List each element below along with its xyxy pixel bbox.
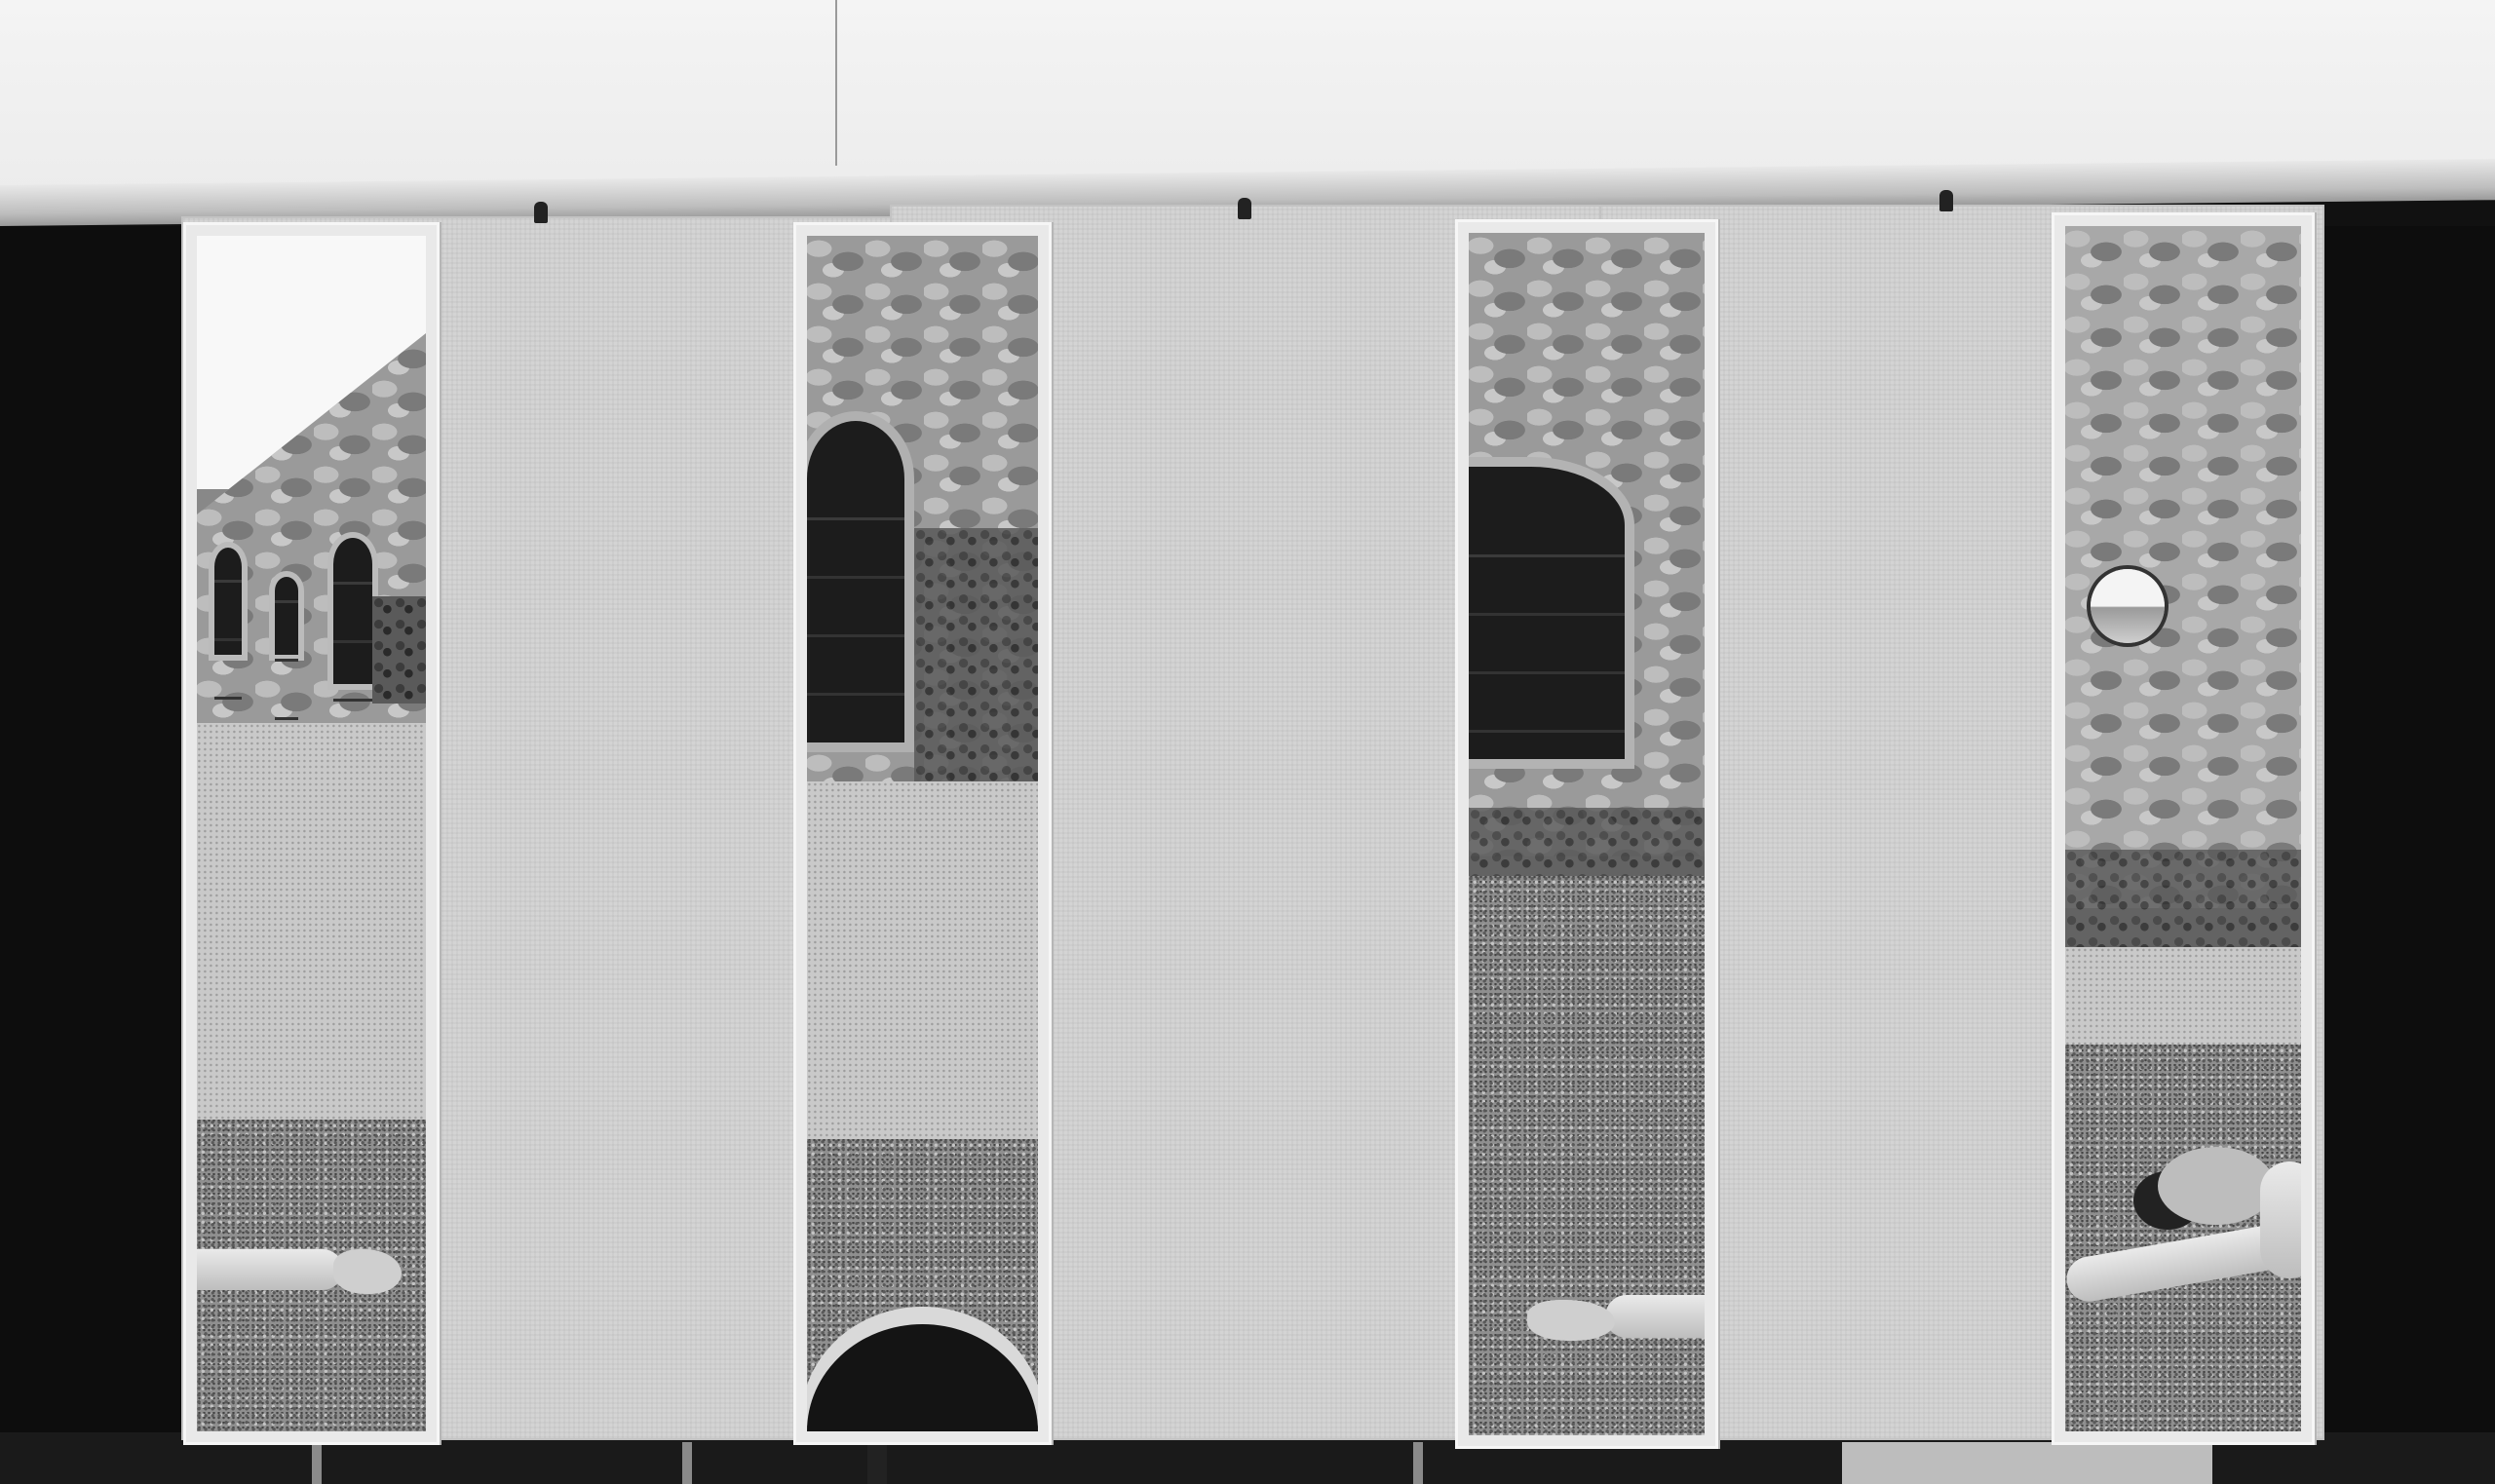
photo-frame-2 — [793, 222, 1052, 1445]
photo-frame-4 — [2052, 212, 2315, 1445]
arched-doorway — [807, 421, 904, 742]
vines — [914, 528, 1038, 820]
porthole — [2091, 569, 2165, 643]
hand — [1527, 1300, 1615, 1341]
reclining-head — [2158, 1147, 2275, 1225]
stand-leg — [867, 1442, 887, 1484]
barn-window — [275, 577, 298, 655]
stand-leg — [682, 1442, 692, 1484]
shoulder — [2260, 1161, 2301, 1278]
photo-4 — [2065, 226, 2301, 1431]
barred-window — [1469, 467, 1625, 759]
hook-icon — [1939, 190, 1953, 211]
outstretched-arm — [1605, 1295, 1705, 1338]
dirt-road — [807, 781, 1038, 1171]
dirt-road — [197, 723, 426, 1161]
hook-icon — [1238, 198, 1251, 219]
photo-1 — [197, 236, 426, 1431]
stand-base — [1842, 1442, 2212, 1484]
photo-frame-3 — [1455, 219, 1718, 1449]
gravel-ground — [1469, 876, 1705, 1435]
hook-icon — [534, 202, 548, 223]
shrub — [372, 596, 426, 704]
outstretched-arm — [197, 1249, 343, 1290]
photo-3 — [1469, 233, 1705, 1435]
photo-frame-1 — [183, 222, 440, 1445]
wall-seam — [835, 0, 837, 166]
hand — [333, 1249, 402, 1294]
stand-leg — [312, 1442, 322, 1484]
barn-window — [214, 548, 242, 655]
photo-2 — [807, 236, 1038, 1431]
stone-wall — [2065, 226, 2301, 908]
stand-leg — [1413, 1442, 1423, 1484]
barn-window — [333, 538, 372, 684]
